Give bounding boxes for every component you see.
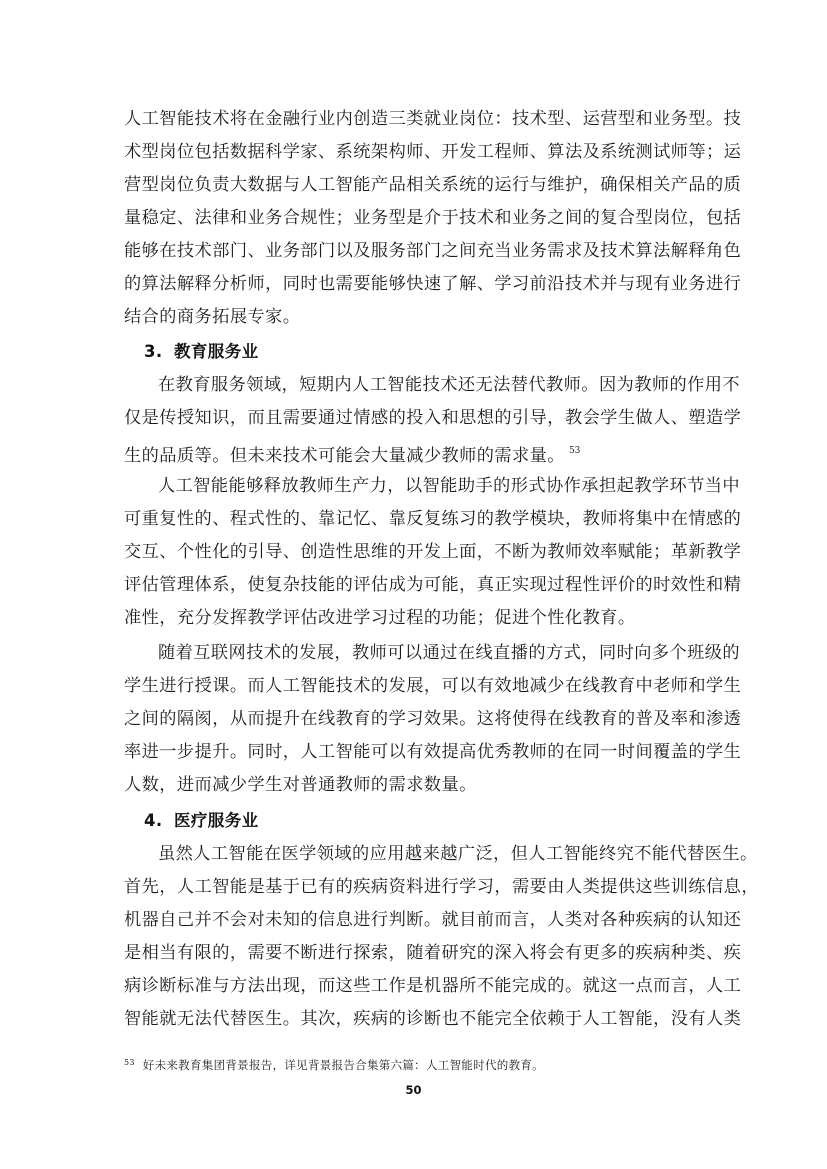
paragraph-line: 随着互联网技术的发展，教师可以通过在线直播的方式，同时向多个班级的 bbox=[158, 641, 704, 674]
paragraph-line: 率进一步提升。同时，人工智能可以有效提高优秀教师的在同一时间覆盖的学生 bbox=[124, 740, 704, 773]
paragraph-line: 生的品质等。但未来技术可能会大量减少教师的需求量。53 bbox=[124, 439, 704, 472]
page-number: 50 bbox=[0, 1083, 827, 1097]
paragraph-line: 人工智能能够释放教师生产力，以智能助手的形式协作承担起教学环节当中 bbox=[158, 474, 704, 507]
paragraph-text: 生的品质等。但未来技术可能会大量减少教师的需求量。 bbox=[124, 446, 565, 466]
paragraph-line: 人工智能技术将在金融行业内创造三类就业岗位：技术型、运营型和业务型。技 bbox=[124, 107, 704, 140]
footnote-number: 53 bbox=[124, 1058, 135, 1067]
footnote-text: 好未来教育集团背景报告，详见背景报告合集第六篇：人工智能时代的教育。 bbox=[143, 1058, 544, 1072]
footnote: 53好未来教育集团背景报告，详见背景报告合集第六篇：人工智能时代的教育。 bbox=[124, 1055, 544, 1073]
paragraph-line: 是相当有限的，需要不断进行探索，随着研究的深入将会有更多的疾病种类、疾 bbox=[124, 941, 704, 974]
paragraph-line: 交互、个性化的引导、创造性思维的开发上面，不断为教师效率赋能；革新教学 bbox=[124, 540, 704, 573]
heading-number: 3. bbox=[144, 340, 174, 364]
section-heading-medical: 4.医疗服务业 bbox=[144, 809, 259, 833]
paragraph-line: 评估管理体系，使复杂技能的评估成为可能，真正实现过程性评价的时效性和精 bbox=[124, 573, 704, 606]
document-page: 人工智能技术将在金融行业内创造三类就业岗位：技术型、运营型和业务型。技 术型岗位… bbox=[0, 0, 827, 1169]
paragraph-line: 的算法解释分析师，同时也需要能够快速了解、学习前沿技术并与现有业务进行 bbox=[124, 272, 704, 305]
paragraph-line: 首先，人工智能是基于已有的疾病资料进行学习，需要由人类提供这些训练信息， bbox=[124, 875, 704, 908]
paragraph-line: 人数，进而减少学生对普通教师的需求数量。 bbox=[124, 773, 704, 806]
section-heading-education: 3.教育服务业 bbox=[144, 340, 259, 364]
paragraph-line: 之间的隔阂，从而提升在线教育的学习效果。这将使得在线教育的普及率和渗透 bbox=[124, 707, 704, 740]
heading-title: 教育服务业 bbox=[174, 342, 259, 361]
paragraph-line: 营型岗位负责大数据与人工智能产品相关系统的运行与维护，确保相关产品的质 bbox=[124, 173, 704, 206]
heading-title: 医疗服务业 bbox=[174, 811, 259, 830]
paragraph-line: 结合的商务拓展专家。 bbox=[124, 305, 704, 338]
paragraph-line: 可重复性的、程式性的、靠记忆、靠反复练习的教学模块，教师将集中在情感的 bbox=[124, 507, 704, 540]
paragraph-line: 能够在技术部门、业务部门以及服务部门之间充当业务需求及技术算法解释角色 bbox=[124, 239, 704, 272]
paragraph-line: 病诊断标准与方法出现，而这些工作是机器所不能完成的。就这一点而言，人工 bbox=[124, 974, 704, 1007]
heading-number: 4. bbox=[144, 809, 174, 833]
footnote-reference[interactable]: 53 bbox=[569, 446, 580, 456]
paragraph-line: 智能就无法代替医生。其次，疾病的诊断也不能完全依赖于人工智能，没有人类 bbox=[124, 1007, 704, 1040]
paragraph-line: 量稳定、法律和业务合规性；业务型是介于技术和业务之间的复合型岗位，包括 bbox=[124, 206, 704, 239]
paragraph-line: 术型岗位包括数据科学家、系统架构师、开发工程师、算法及系统测试师等；运 bbox=[124, 140, 704, 173]
paragraph-line: 在教育服务领域，短期内人工智能技术还无法替代教师。因为教师的作用不 bbox=[158, 373, 704, 406]
paragraph-line: 仅是传授知识，而且需要通过情感的投入和思想的引导，教会学生做人、塑造学 bbox=[124, 406, 704, 439]
paragraph-line: 机器自己并不会对未知的信息进行判断。就目前而言，人类对各种疾病的认知还 bbox=[124, 908, 704, 941]
paragraph-line: 虽然人工智能在医学领域的应用越来越广泛，但人工智能终究不能代替医生。 bbox=[158, 842, 704, 875]
paragraph-line: 准性，充分发挥教学评估改进学习过程的功能；促进个性化教育。 bbox=[124, 606, 704, 639]
paragraph-line: 学生进行授课。而人工智能技术的发展，可以有效地减少在线教育中老师和学生 bbox=[124, 674, 704, 707]
